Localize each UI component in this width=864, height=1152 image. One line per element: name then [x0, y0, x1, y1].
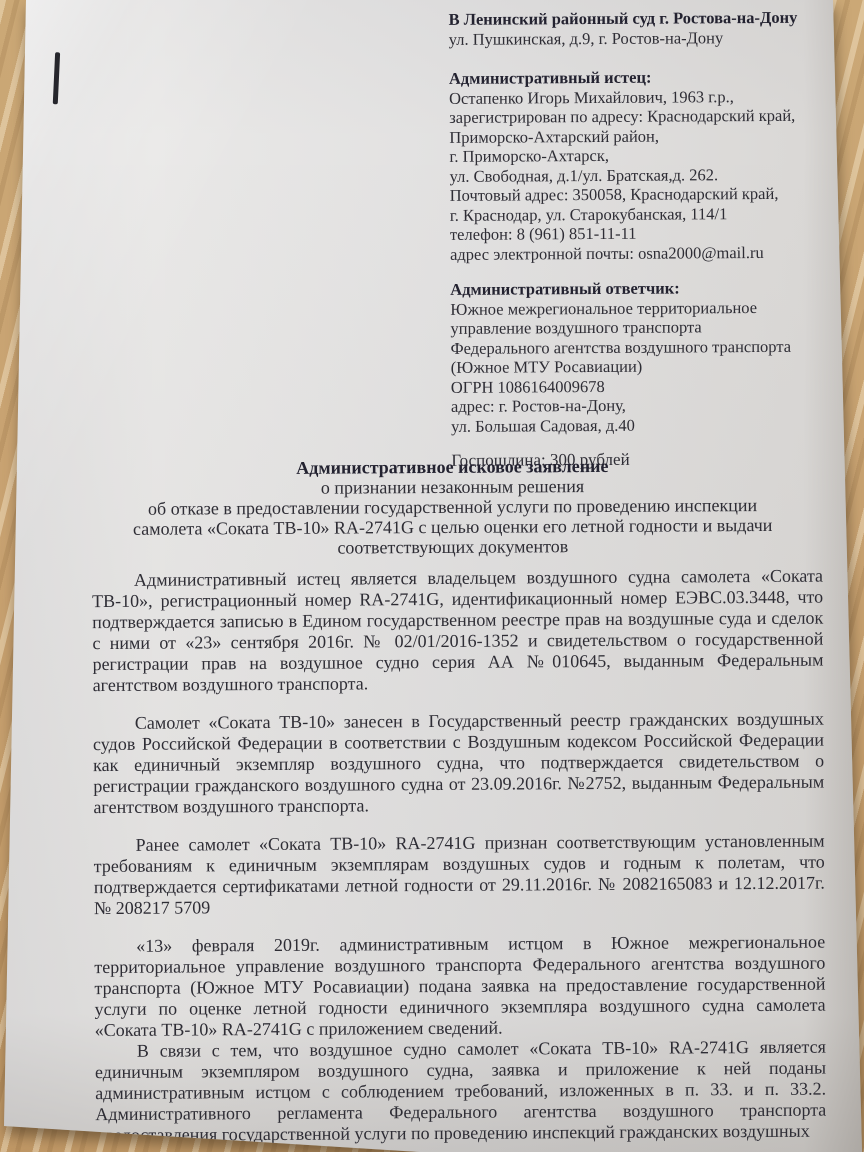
body-paragraph: Ранее самолет «Соката ТВ-10» RA-2741G пр…: [94, 831, 825, 919]
plaintiff-heading: Административный истец:: [449, 67, 831, 89]
defendant-line: ОГРН 1086164009678: [451, 375, 833, 397]
defendant-line: ул. Большая Садовая, д.40: [451, 414, 833, 436]
defendant-heading: Административный ответчик:: [450, 278, 832, 300]
defendant-line: Федерального агентства воздушного трансп…: [451, 336, 833, 358]
page-content: В Ленинский районный суд г. Ростова-на-Д…: [0, 0, 864, 1152]
plaintiff-line: ул. Свободная, д.1/ул. Братская,д. 262.: [449, 164, 831, 186]
defendant-line: Южное межрегиональное территориальное: [450, 297, 832, 319]
defendant-line: управление воздушного транспорта: [450, 317, 832, 339]
document-page: В Ленинский районный суд г. Ростова-на-Д…: [0, 0, 864, 1152]
body-paragraph: В связи с тем, что воздушное судно самол…: [95, 1037, 827, 1146]
header-address-column: В Ленинский районный суд г. Ростова-на-Д…: [449, 8, 834, 471]
plaintiff-line: Приморско-Ахтарский район,: [449, 125, 831, 147]
document-body: Административный истец является владельц…: [92, 566, 827, 1146]
defendant-line: адрес: г. Ростов-на-Дону,: [451, 395, 833, 417]
plaintiff-line: г. Приморско-Ахтарск,: [449, 145, 831, 167]
defendant-line: (Южное МТУ Росавиации): [451, 356, 833, 378]
body-paragraph: «13» февраля 2019г. административным ист…: [94, 932, 826, 1041]
court-name: В Ленинский районный суд г. Ростова-на-Д…: [449, 8, 831, 30]
plaintiff-block: Административный истец: Остапенко Игорь …: [449, 67, 832, 264]
body-paragraph: Административный истец является владельц…: [92, 566, 824, 696]
defendant-block: Административный ответчик: Южное межреги…: [450, 278, 833, 436]
paper-shadow: В Ленинский районный суд г. Ростова-на-Д…: [0, 0, 864, 1152]
pen-mark: [53, 52, 60, 104]
plaintiff-line: Почтовый адрес: 350058, Краснодарский кр…: [450, 184, 832, 206]
document-title: Административное исковое заявление о при…: [85, 455, 820, 559]
body-paragraph: Самолет «Соката ТВ-10» занесен в Государ…: [93, 709, 825, 818]
plaintiff-line: телефон: 8 (961) 851-11-11: [450, 223, 832, 245]
plaintiff-line: Остапенко Игорь Михайлович, 1963 г.р.,: [449, 86, 831, 108]
plaintiff-line: г. Краснодар, ул. Старокубанская, 114/1: [450, 203, 832, 225]
court-address-block: В Ленинский районный суд г. Ростова-на-Д…: [449, 8, 831, 49]
plaintiff-line: зарегистрирован по адресу: Краснодарский…: [449, 106, 831, 128]
court-address: ул. Пушкинская, д.9, г. Ростов-на-Дону: [449, 27, 831, 49]
plaintiff-line: адрес электронной почты: osna2000@mail.r…: [450, 242, 832, 264]
